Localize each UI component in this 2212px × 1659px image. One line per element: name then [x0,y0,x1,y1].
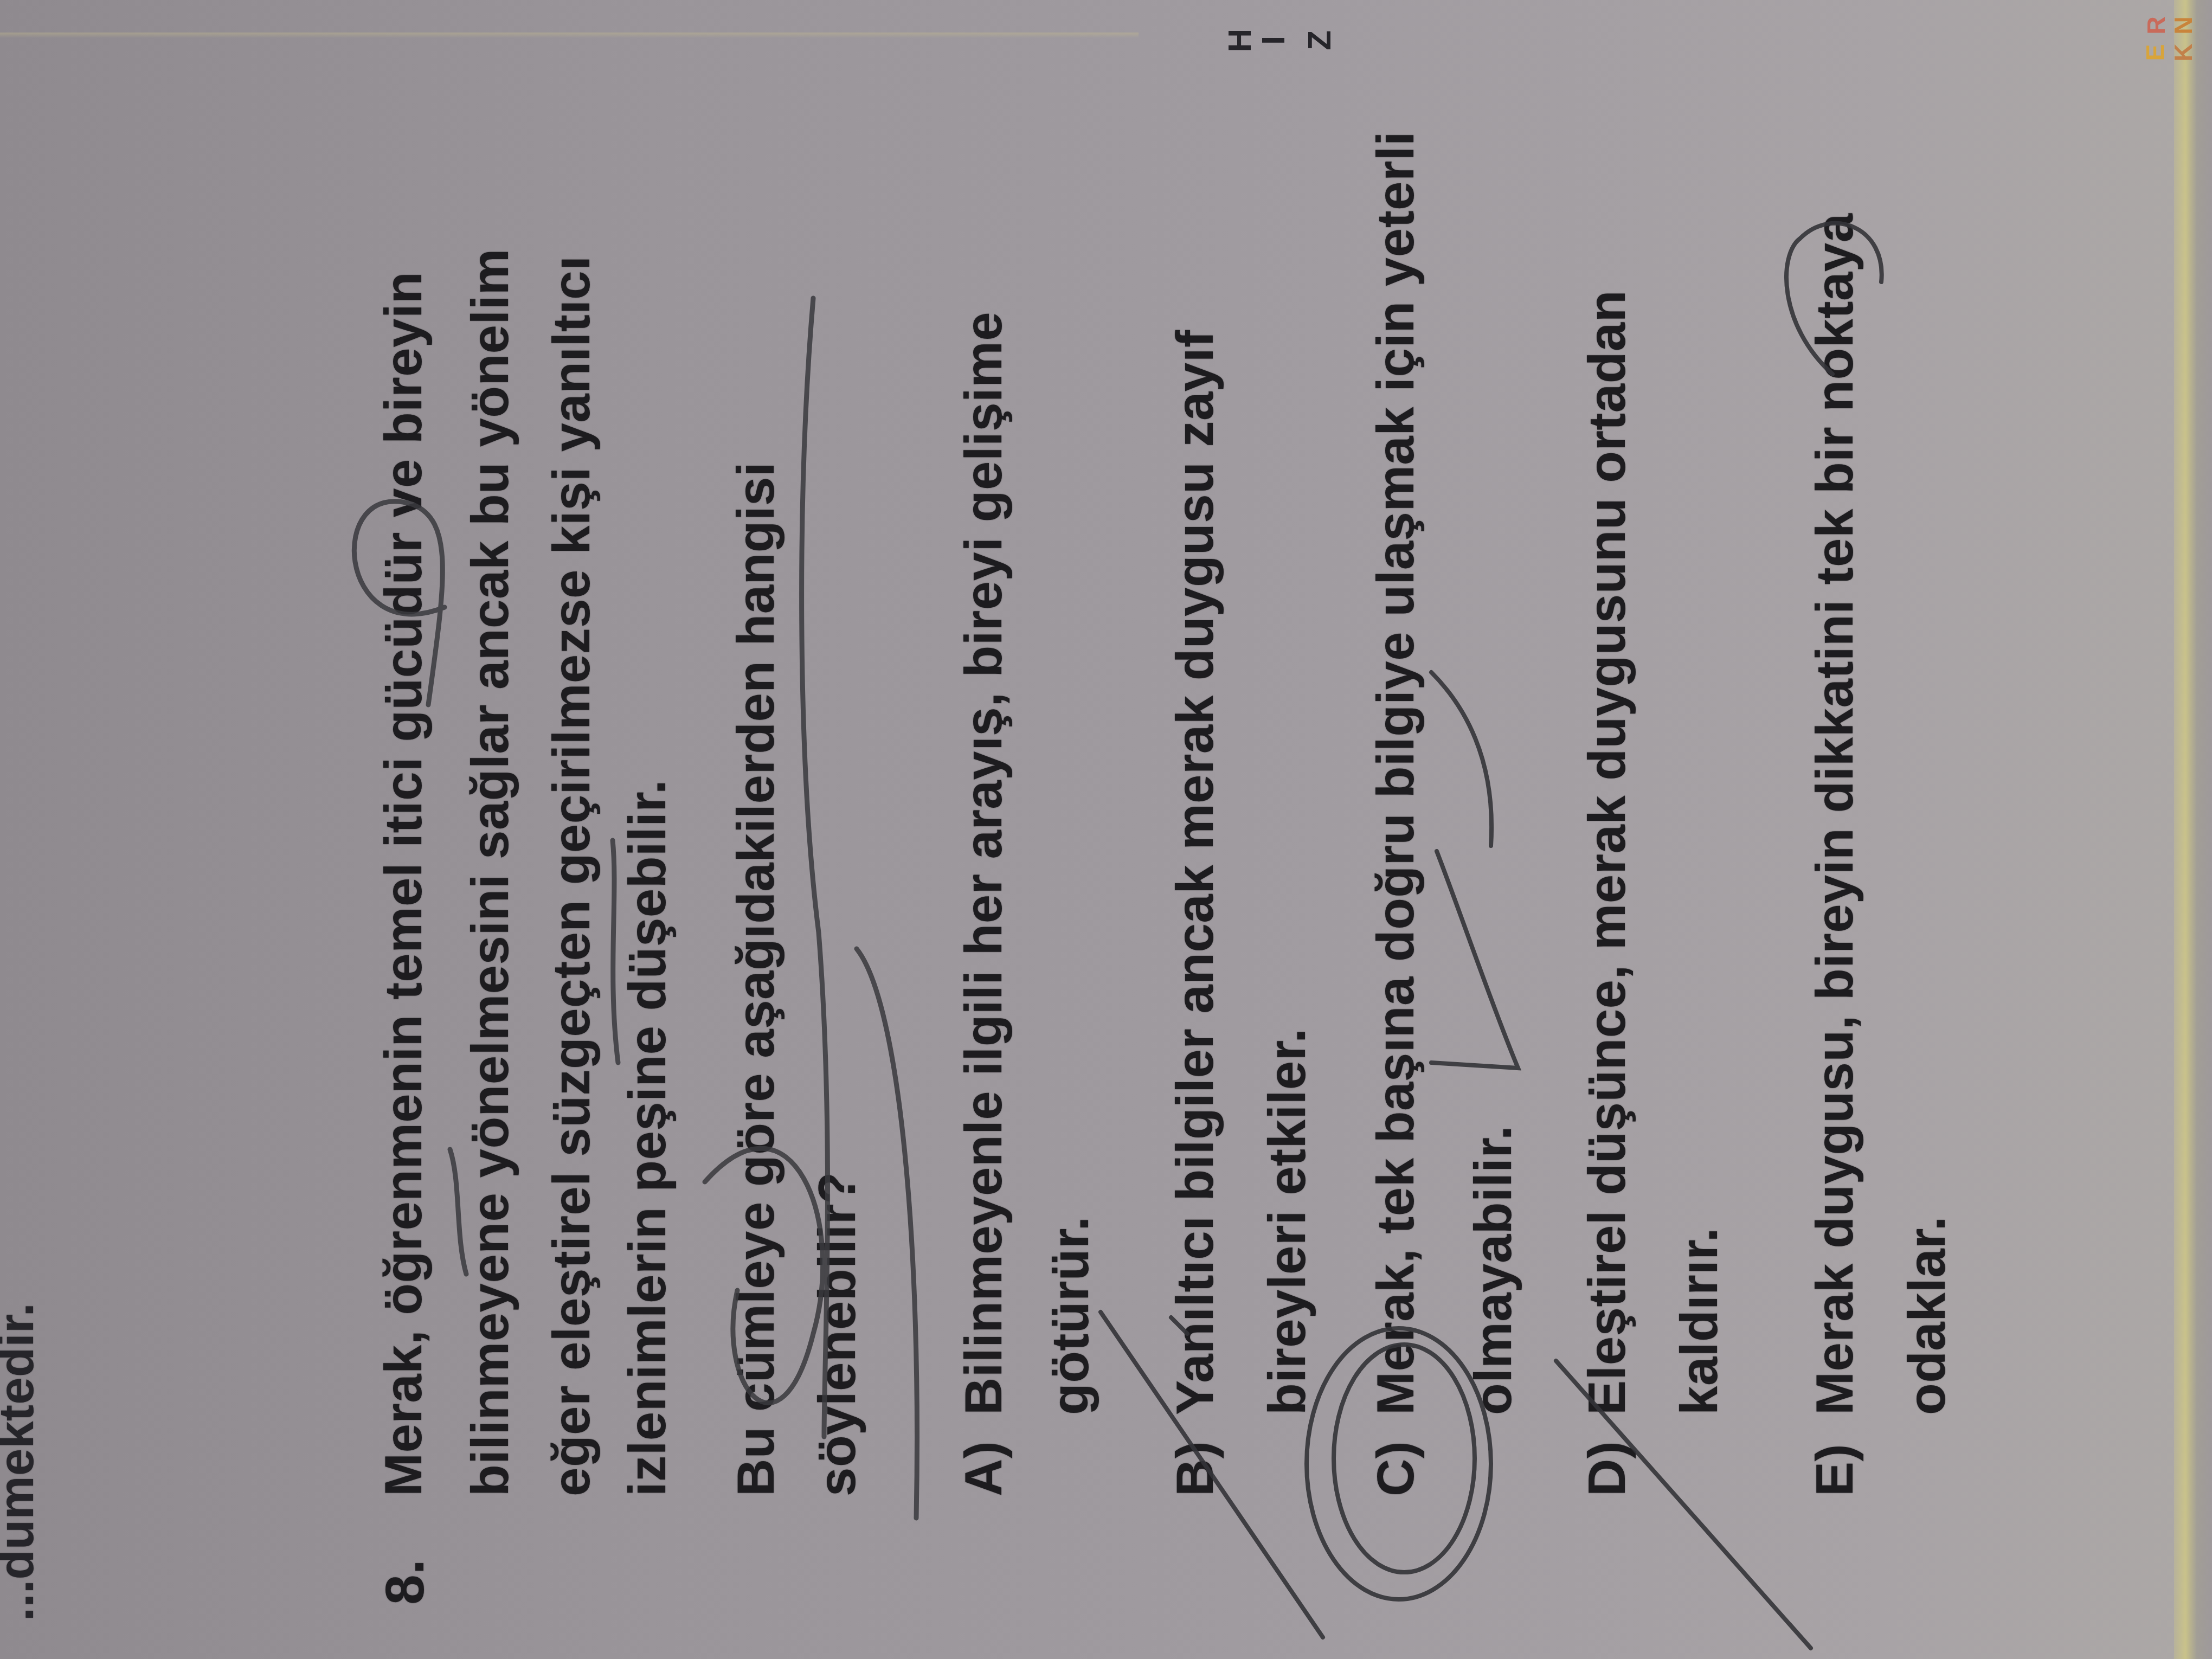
option-b-continuation: bireyleri etkiler. [1258,1028,1317,1415]
option-a[interactable]: A)Bilinmeyenle ilgili her arayış, bireyi… [954,312,1014,1496]
previous-text-fragment: ...dumektedir. [0,1303,45,1621]
question-stem-line-4: izlenimlerin peşine düşebilir. [618,780,678,1496]
option-c-letter: C) [1366,1415,1426,1496]
question-prompt-line-2: söylenebilir? [808,1172,867,1496]
option-e[interactable]: E)Merak duygusu, bireyin dikkatini tek b… [1805,213,1865,1496]
option-e-text-line-1: Merak duygusu, bireyin dikkatini tek bir… [1806,213,1864,1415]
question-stem-line-3: eğer eleştirel süzgeçten geçirilmezse ki… [542,256,602,1496]
question-stem-line-2: bilinmeyene yönelmesini sağlar ancak bu … [461,248,520,1496]
option-a-letter: A) [954,1415,1014,1496]
question-stem-line-1: Merak, öğrenmenin temel itici gücüdür ve… [374,272,434,1496]
option-d[interactable]: D)Eleştirel düşünce, merak duygusunu ort… [1578,290,1637,1496]
option-c-text-line-1: Merak, tek başına doğru bilgiye ulaşmak … [1367,131,1425,1415]
option-c[interactable]: C)Merak, tek başına doğru bilgiye ulaşma… [1366,131,1426,1496]
option-d-letter: D) [1578,1415,1637,1496]
option-b[interactable]: B)Yanıltıcı bilgiler ancak merak duygusu… [1166,330,1225,1496]
rotated-page-content: ...dumektedir. 8. Merak, öğrenmenin teme… [0,0,2212,1659]
option-a-text-line-1: Bilinmeyenle ilgili her arayış, bireyi g… [955,312,1013,1415]
option-b-text-line-1: Yanıltıcı bilgiler ancak merak duygusu z… [1166,330,1224,1415]
question-number: 8. [374,1559,436,1605]
option-b-letter: B) [1166,1415,1225,1496]
option-d-text-line-1: Eleştirel düşünce, merak duygusunu ortad… [1578,290,1636,1415]
option-e-continuation: odaklar. [1898,1216,1957,1415]
option-e-letter: E) [1805,1415,1865,1496]
option-a-continuation: götürür. [1041,1216,1101,1415]
option-c-continuation: olmayabilir. [1464,1126,1523,1415]
question-prompt-line-1: Bu cümleye göre aşağıdakilerden hangisi [726,462,786,1496]
option-d-continuation: kaldırır. [1670,1227,1729,1415]
